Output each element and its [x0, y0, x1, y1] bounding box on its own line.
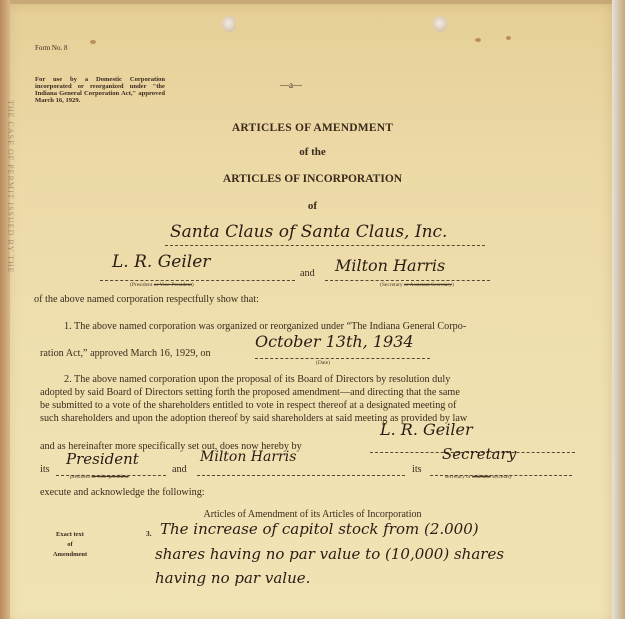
date-caption: (Date): [316, 360, 330, 366]
execute-line: execute and acknowledge the following:: [40, 487, 205, 498]
secretary-signature: Milton Harris: [335, 256, 445, 275]
secretary-title: Secretary: [442, 445, 516, 463]
punch-hole-icon: [222, 16, 236, 32]
punch-hole-icon: [433, 16, 447, 32]
title-articles-of-incorporation: ARTICLES OF INCORPORATION: [0, 173, 625, 185]
struck-text: or Vice-President: [154, 282, 192, 288]
its-label: its: [40, 464, 50, 475]
paragraph-2-line-3: be submitted to a vote of the shareholde…: [40, 400, 456, 411]
secretary-caption: (Secretary or Assistant Secretary): [380, 282, 454, 288]
articles-heading: Articles of Amendment of its Articles of…: [0, 509, 625, 520]
secretary-name-line: [197, 475, 405, 476]
organization-date: October 13th, 1934: [255, 332, 414, 351]
caption-text: (Secretary: [380, 282, 404, 288]
caption-text: president: [70, 474, 92, 480]
its-label: its: [412, 464, 422, 475]
item-3-number: 3.: [146, 529, 152, 538]
caption-text: secretary or: [445, 474, 472, 480]
caption-text: ): [192, 282, 194, 288]
secretary-name: Milton Harris: [200, 449, 296, 465]
corporation-name: Santa Claus of Santa Claus, Inc.: [170, 222, 447, 242]
amendment-text-line-1: The increase of capitol stock from (2.00…: [160, 520, 479, 538]
president-caption-2: president or vice-president: [70, 474, 129, 480]
exact-text-label: Exact text of Amendment: [40, 530, 100, 560]
corporation-name-line: [165, 245, 485, 246]
secretary-caption-2: secretary or assistant secretary: [445, 474, 512, 480]
by-name-signature: L. R. Geiler: [380, 420, 473, 439]
caption-text: (President: [130, 282, 154, 288]
secretary-signature-line: [325, 280, 490, 281]
paragraph-2-line-2: adopted by said Board of Directors setti…: [40, 387, 460, 398]
paragraph-2-line-1: 2. The above named corporation upon the …: [64, 374, 450, 385]
paragraph-1-line-2: ration Act,” approved March 16, 1929, on: [40, 348, 211, 359]
and-connector: and: [172, 464, 187, 475]
page-right-edge: [612, 0, 625, 619]
president-title: President: [66, 450, 139, 468]
president-caption: (President or Vice-President): [130, 282, 194, 288]
page-mark: —a—: [280, 80, 302, 90]
president-signature: L. R. Geiler: [112, 252, 210, 272]
struck-text: or Assistant Secretary: [404, 282, 452, 288]
label-line: of: [40, 540, 100, 550]
paragraph-1-line-1: 1. The above named corporation was organ…: [64, 321, 466, 332]
form-number: Form No. 8: [35, 44, 67, 52]
intro-line: of the above named corporation respectfu…: [34, 294, 259, 305]
label-line: Exact text: [40, 530, 100, 540]
title-of-the: of the: [0, 146, 625, 158]
president-signature-line: [100, 280, 295, 281]
stain-mark: [475, 38, 481, 42]
stain-mark: [506, 36, 511, 40]
amendment-text-line-2: shares having no par value to (10,000) s…: [155, 545, 504, 563]
title-of: of: [0, 200, 625, 212]
side-margin-strip: THE CASE OF PERMIT ISSUED BY THE: [6, 60, 16, 619]
date-line: [255, 358, 430, 359]
struck-text: assistant: [472, 474, 491, 480]
caption-text: ): [452, 282, 454, 288]
label-line: Amendment: [40, 550, 100, 560]
and-connector: and: [300, 268, 315, 279]
amendment-text-line-3: having no par value.: [155, 569, 310, 587]
usage-note: For use by a Domestic Corporation incorp…: [35, 76, 165, 104]
caption-text: secretary: [491, 474, 512, 480]
struck-text: or vice-president: [92, 474, 129, 480]
title-articles-of-amendment: ARTICLES OF AMENDMENT: [0, 122, 625, 134]
stain-mark: [90, 40, 96, 44]
